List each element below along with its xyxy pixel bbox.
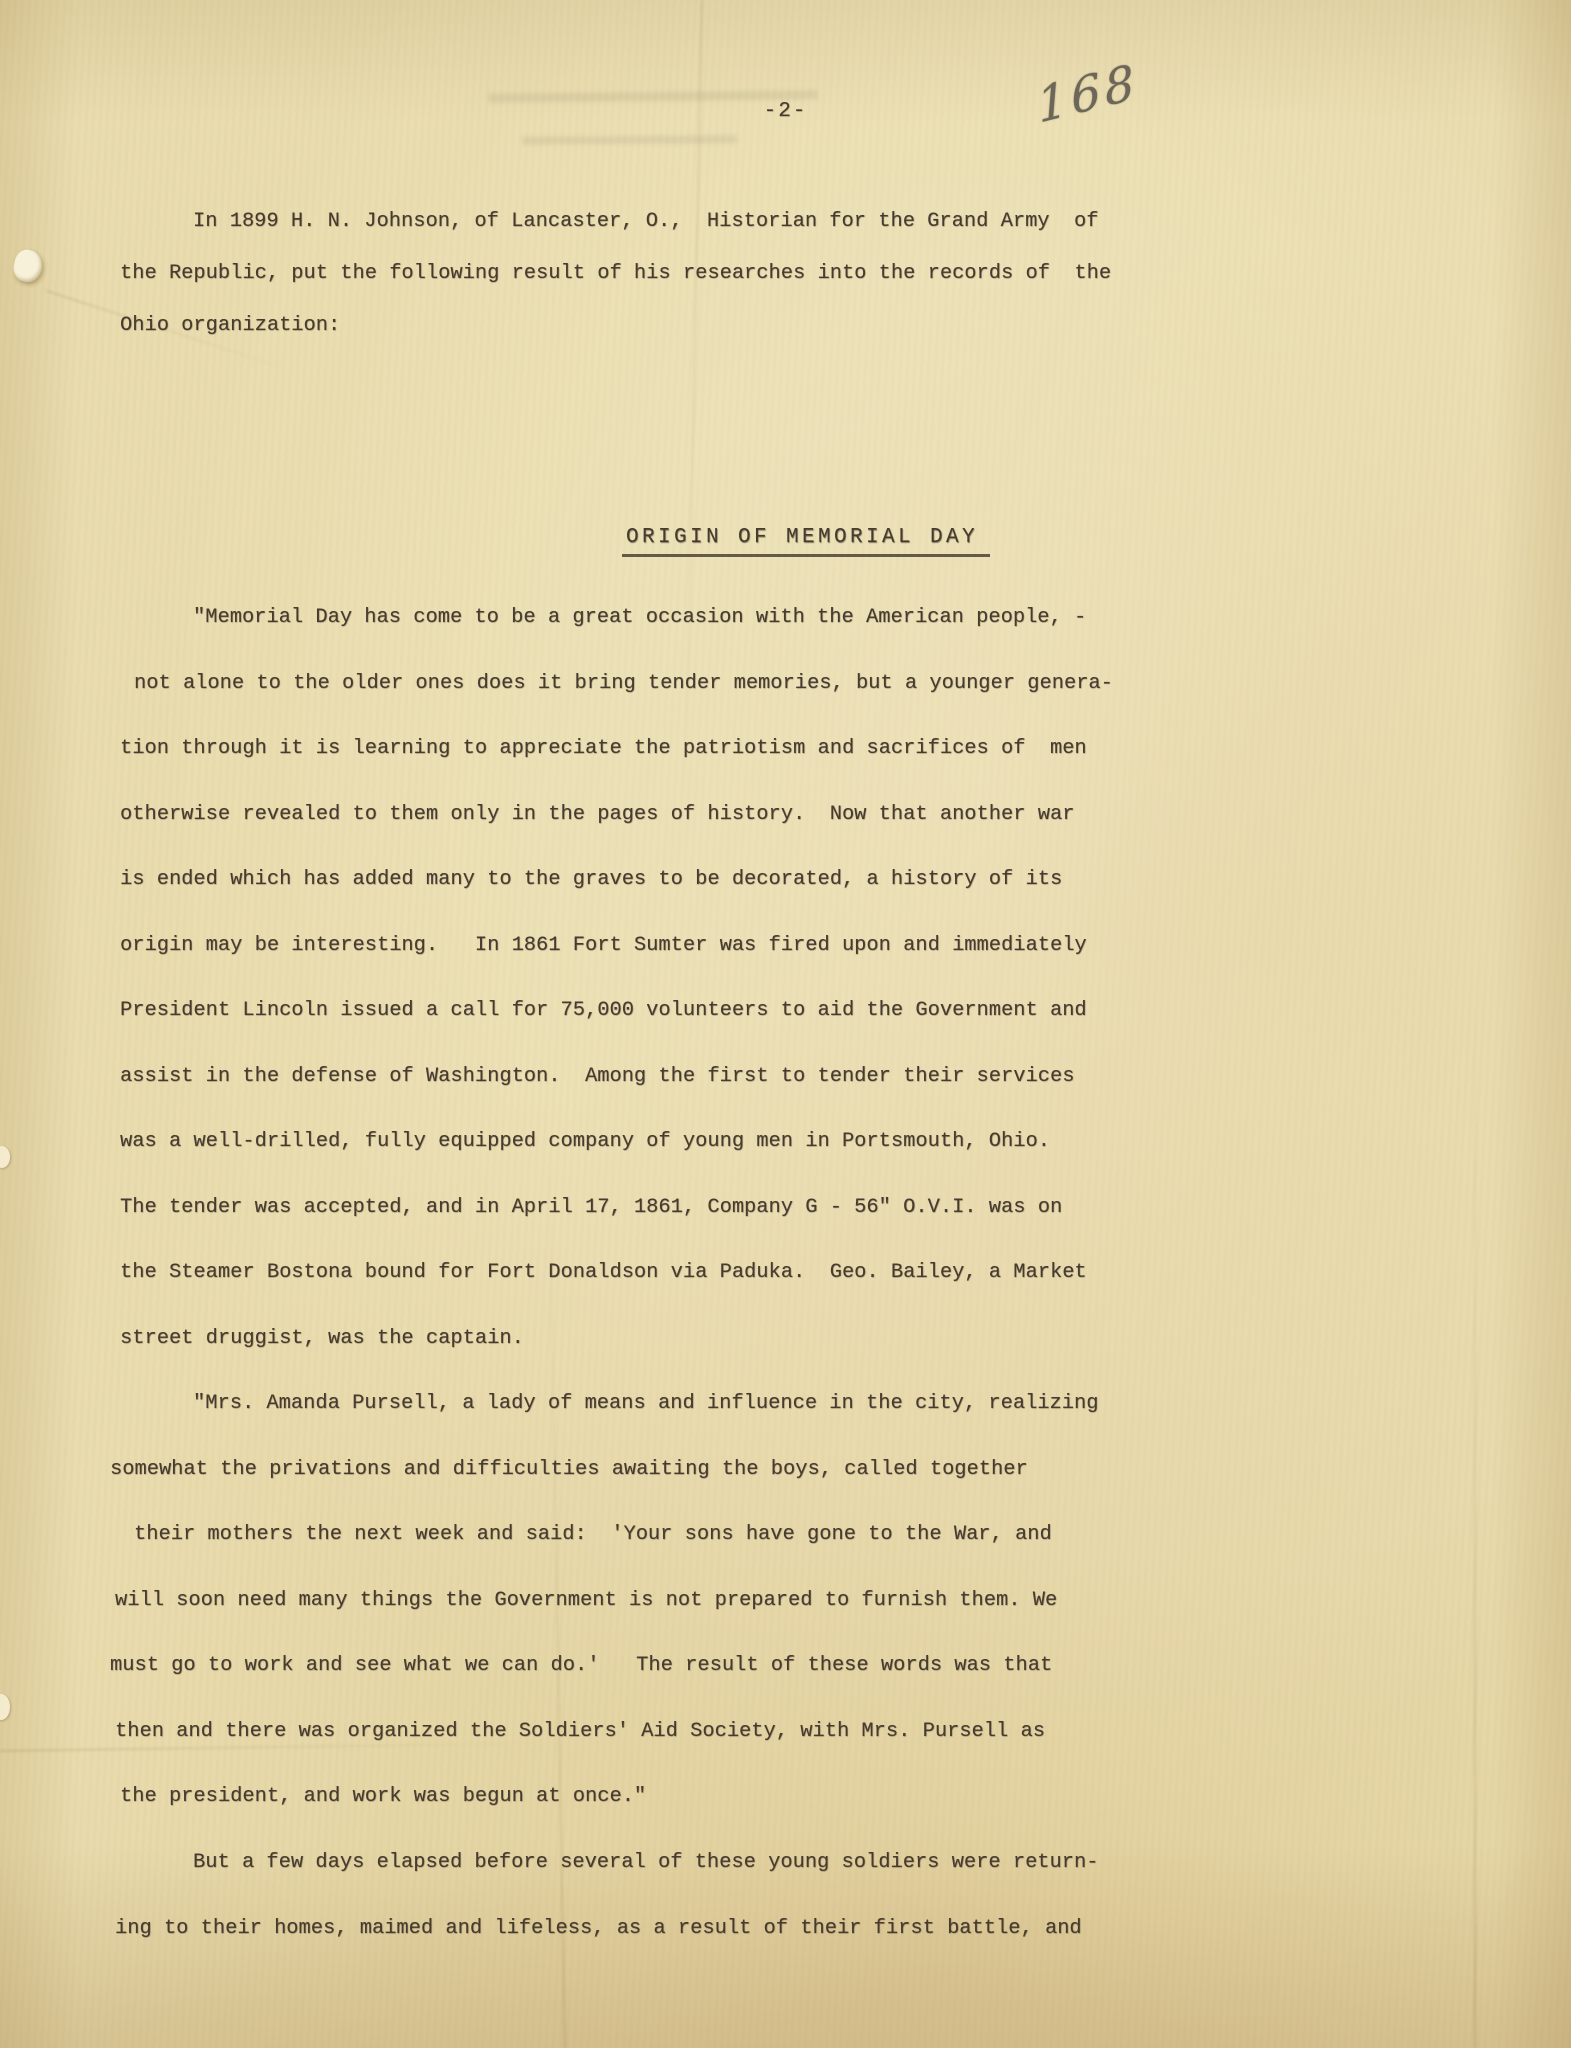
text-line: their mothers the next week and said: 'Y…	[134, 1502, 1200, 1568]
text-line: the Republic, put the following result o…	[120, 248, 1200, 300]
page-number: -2-	[0, 100, 1571, 123]
text-line: In 1899 H. N. Johnson, of Lancaster, O.,…	[120, 196, 1200, 248]
text-line: somewhat the privations and difficulties…	[110, 1437, 1200, 1503]
paper-edge-chip	[0, 1146, 10, 1168]
text-line: origin may be interesting. In 1861 Fort …	[120, 913, 1200, 979]
text-line: not alone to the older ones does it brin…	[134, 651, 1200, 717]
text-line: is ended which has added many to the gra…	[120, 847, 1200, 913]
text-line: The tender was accepted, and in April 17…	[120, 1175, 1200, 1241]
text-line: then and there was organized the Soldier…	[115, 1699, 1200, 1765]
text-line: must go to work and see what we can do.'…	[110, 1633, 1200, 1699]
text-line: Ohio organization:	[120, 300, 1200, 352]
text-line: the Steamer Bostona bound for Fort Donal…	[120, 1240, 1200, 1306]
paper-crease	[1474, 980, 1476, 2048]
paper-tear	[11, 247, 45, 284]
manuscript-page: -2- 168 In 1899 H. N. Johnson, of Lancas…	[0, 0, 1571, 2048]
text-line: was a well-drilled, fully equipped compa…	[120, 1109, 1200, 1175]
text-line: tion through it is learning to appreciat…	[120, 716, 1200, 782]
closing-paragraph: But a few days elapsed before several of…	[120, 1830, 1200, 1961]
memorial-day-paragraph: "Memorial Day has come to be a great occ…	[120, 585, 1200, 1371]
pursell-paragraph: "Mrs. Amanda Pursell, a lady of means an…	[120, 1371, 1200, 1830]
text-line: "Memorial Day has come to be a great occ…	[120, 585, 1200, 651]
text-line: otherwise revealed to them only in the p…	[120, 782, 1200, 848]
intro-paragraph: In 1899 H. N. Johnson, of Lancaster, O.,…	[120, 196, 1200, 352]
text-line: President Lincoln issued a call for 75,0…	[120, 978, 1200, 1044]
ink-transfer-smudge	[522, 135, 737, 145]
text-line: street druggist, was the captain.	[120, 1306, 1200, 1372]
text-line: assist in the defense of Washington. Amo…	[120, 1044, 1200, 1110]
text-line: ing to their homes, maimed and lifeless,…	[115, 1896, 1200, 1962]
text-line: But a few days elapsed before several of…	[120, 1830, 1200, 1896]
section-heading: ORIGIN OF MEMORIAL DAY	[622, 526, 990, 557]
text-line: the president, and work was begun at onc…	[120, 1764, 1200, 1830]
paper-edge-chip	[0, 1694, 10, 1720]
text-line: "Mrs. Amanda Pursell, a lady of means an…	[120, 1371, 1200, 1437]
text-line: will soon need many things the Governmen…	[115, 1568, 1200, 1634]
